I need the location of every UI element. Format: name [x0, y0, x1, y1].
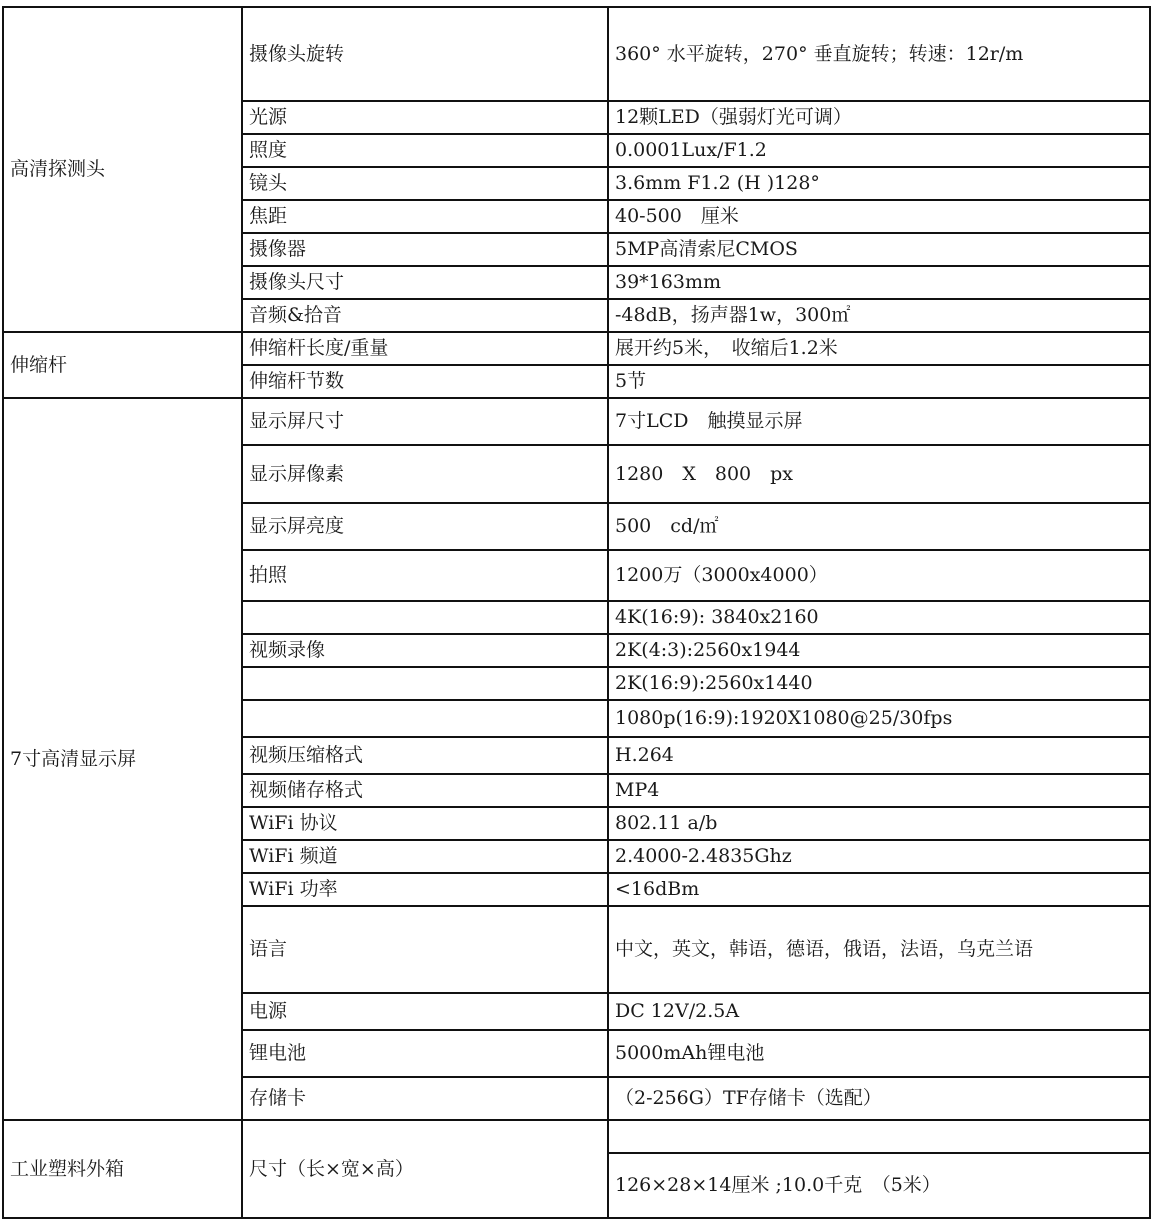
param-cell: 光源: [242, 101, 608, 134]
table-row: 工业塑料外箱尺寸（长×宽×高）: [3, 1120, 1150, 1153]
param-cell: [242, 601, 608, 634]
param-cell: 锂电池: [242, 1030, 608, 1077]
category-cell: 高清探测头: [3, 7, 242, 332]
param-cell: 尺寸（长×宽×高）: [242, 1120, 608, 1218]
value-cell: 1080p(16:9):1920X1080@25/30fps: [608, 700, 1150, 737]
param-cell: 焦距: [242, 200, 608, 233]
param-cell: 视频录像: [242, 634, 608, 667]
value-cell: 2.4000-2.4835Ghz: [608, 840, 1150, 873]
value-cell: [608, 1120, 1150, 1153]
value-cell: 5MP高清索尼CMOS: [608, 233, 1150, 266]
value-cell: 12颗LED（强弱灯光可调）: [608, 101, 1150, 134]
param-cell: WiFi 功率: [242, 873, 608, 906]
param-cell: 摄像头尺寸: [242, 266, 608, 299]
param-cell: 显示屏像素: [242, 445, 608, 503]
value-cell: 展开约5米， 收缩后1.2米: [608, 332, 1150, 365]
category-cell: 伸缩杆: [3, 332, 242, 398]
value-cell: 2K(16:9):2560x1440: [608, 667, 1150, 700]
value-cell: （2-256G）TF存储卡（选配）: [608, 1077, 1150, 1120]
param-cell: [242, 700, 608, 737]
value-cell: 126×28×14厘米 ;10.0千克 （5米）: [608, 1153, 1150, 1218]
param-cell: 显示屏尺寸: [242, 398, 608, 445]
param-cell: 电源: [242, 993, 608, 1030]
value-cell: 3.6mm F1.2 (H )128°: [608, 167, 1150, 200]
param-cell: 拍照: [242, 550, 608, 601]
value-cell: 2K(4:3):2560x1944: [608, 634, 1150, 667]
param-cell: 视频储存格式: [242, 774, 608, 807]
value-cell: 39*163mm: [608, 266, 1150, 299]
value-cell: 1200万（3000x4000）: [608, 550, 1150, 601]
value-cell: 5000mAh锂电池: [608, 1030, 1150, 1077]
value-cell: 802.11 a/b: [608, 807, 1150, 840]
value-cell: 7寸LCD 触摸显示屏: [608, 398, 1150, 445]
value-cell: 中文，英文，韩语，德语，俄语，法语，乌克兰语: [608, 906, 1150, 993]
param-cell: WiFi 频道: [242, 840, 608, 873]
param-cell: [242, 667, 608, 700]
value-cell: 360° 水平旋转，270° 垂直旋转；转速：12r/m: [608, 7, 1150, 101]
value-cell: 5节: [608, 365, 1150, 398]
param-cell: WiFi 协议: [242, 807, 608, 840]
param-cell: 音频&拾音: [242, 299, 608, 332]
param-cell: 摄像头旋转: [242, 7, 608, 101]
table-row: 高清探测头摄像头旋转360° 水平旋转，270° 垂直旋转；转速：12r/m: [3, 7, 1150, 101]
value-cell: 1280 X 800 px: [608, 445, 1150, 503]
spec-table: 高清探测头摄像头旋转360° 水平旋转，270° 垂直旋转；转速：12r/m光源…: [2, 6, 1151, 1219]
category-cell: 工业塑料外箱: [3, 1120, 242, 1218]
value-cell: 500 cd/㎡: [608, 503, 1150, 550]
value-cell: <16dBm: [608, 873, 1150, 906]
param-cell: 摄像器: [242, 233, 608, 266]
value-cell: DC 12V/2.5A: [608, 993, 1150, 1030]
param-cell: 语言: [242, 906, 608, 993]
param-cell: 照度: [242, 134, 608, 167]
value-cell: MP4: [608, 774, 1150, 807]
table-row: 7寸高清显示屏显示屏尺寸7寸LCD 触摸显示屏: [3, 398, 1150, 445]
param-cell: 存储卡: [242, 1077, 608, 1120]
param-cell: 伸缩杆节数: [242, 365, 608, 398]
value-cell: 0.0001Lux/F1.2: [608, 134, 1150, 167]
table-row: 伸缩杆伸缩杆长度/重量展开约5米， 收缩后1.2米: [3, 332, 1150, 365]
value-cell: -48dB，扬声器1w，300㎡: [608, 299, 1150, 332]
value-cell: 4K(16:9): 3840x2160: [608, 601, 1150, 634]
param-cell: 镜头: [242, 167, 608, 200]
value-cell: H.264: [608, 737, 1150, 774]
value-cell: 40-500 厘米: [608, 200, 1150, 233]
param-cell: 伸缩杆长度/重量: [242, 332, 608, 365]
category-cell: 7寸高清显示屏: [3, 398, 242, 1120]
param-cell: 视频压缩格式: [242, 737, 608, 774]
param-cell: 显示屏亮度: [242, 503, 608, 550]
